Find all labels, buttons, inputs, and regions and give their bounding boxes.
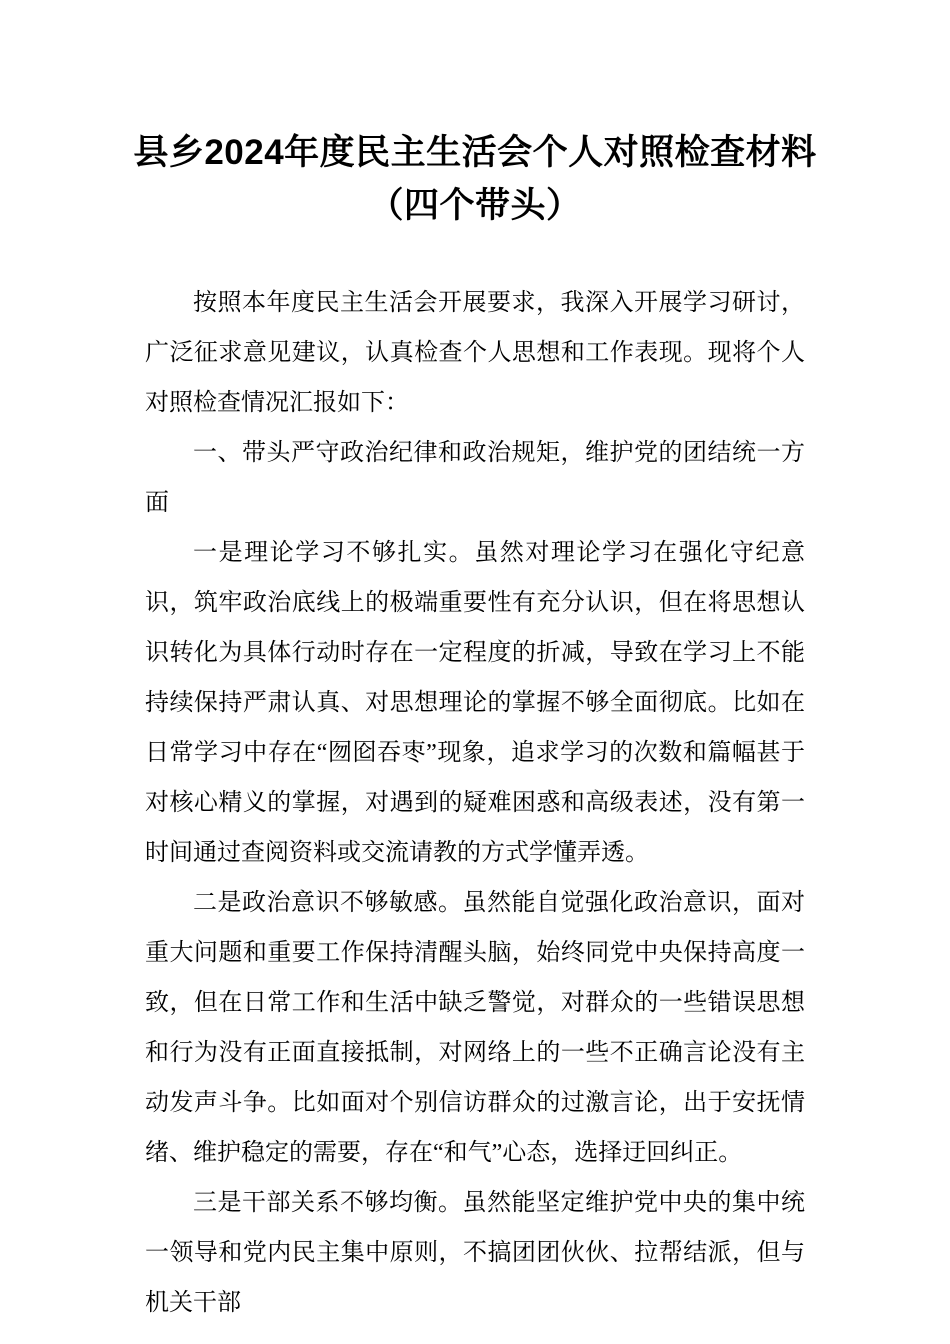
paragraph-point-two: 二是政治意识不够敏感。虽然能自觉强化政治意识，面对重大问题和重要工作保持清醒头脑…	[145, 878, 805, 1178]
section-one-heading: 一、带头严守政治纪律和政治规矩，维护党的团结统一方面	[145, 428, 805, 528]
paragraph-point-three: 三是干部关系不够均衡。虽然能坚定维护党中央的集中统一领导和党内民主集中原则，不搞…	[145, 1178, 805, 1328]
document-title: 县乡2024年度民主生活会个人对照检查材料（四个带头）	[125, 126, 825, 232]
document-body: 按照本年度民主生活会开展要求，我深入开展学习研讨，广泛征求意见建议，认真检查个人…	[145, 278, 805, 1328]
document-page: 县乡2024年度民主生活会个人对照检查材料（四个带头） 按照本年度民主生活会开展…	[0, 0, 950, 1344]
paragraph-point-one: 一是理论学习不够扎实。虽然对理论学习在强化守纪意识，筑牢政治底线上的极端重要性有…	[145, 528, 805, 878]
intro-paragraph: 按照本年度民主生活会开展要求，我深入开展学习研讨，广泛征求意见建议，认真检查个人…	[145, 278, 805, 428]
